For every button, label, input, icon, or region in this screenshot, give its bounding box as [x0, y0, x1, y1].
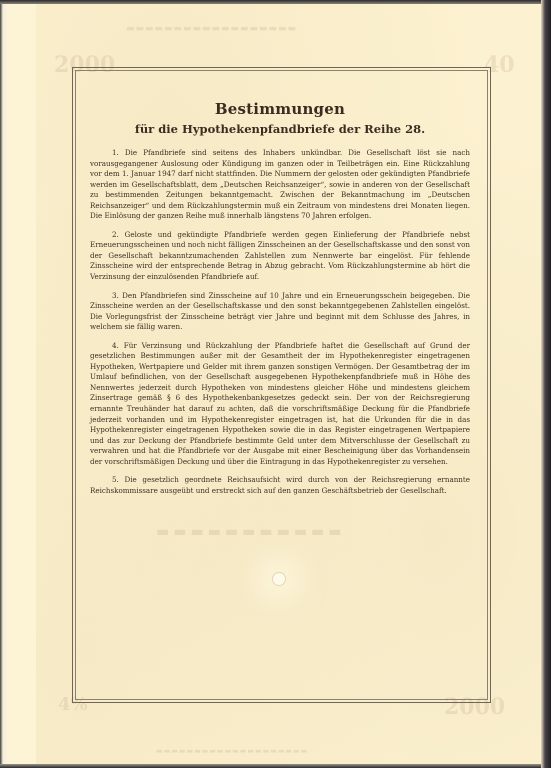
document-content: Bestimmungen für die Hypothekenpfandbrie…: [90, 100, 470, 504]
scan-bottom-edge: [0, 764, 551, 768]
paragraph-2: 2. Geloste und gekündigte Pfandbriefe we…: [90, 230, 470, 283]
page-left-margin: [6, 4, 36, 764]
punch-hole: [273, 573, 285, 585]
document-subtitle: für die Hypothekenpfandbriefe der Reihe …: [90, 122, 470, 136]
document-title: Bestimmungen: [90, 100, 470, 118]
scan-left-edge: [0, 0, 8, 768]
scan-background: 2000 40 2000 4% ▬▬▬▬▬▬▬▬▬▬▬▬▬▬▬▬▬▬ ▬▬▬▬▬…: [0, 0, 551, 768]
paragraph-3: 3. Den Pfandbriefen sind Zinsscheine auf…: [90, 291, 470, 333]
scan-right-edge: [541, 0, 551, 768]
show-through-line-top: ▬▬▬▬▬▬▬▬▬▬▬▬▬▬▬▬▬▬: [126, 24, 297, 34]
paragraph-5: 5. Die gesetzlich geordnete Reichsaufsic…: [90, 475, 470, 496]
paragraph-1: 1. Die Pfandbriefe sind seitens des Inha…: [90, 148, 470, 222]
show-through-line-bottom: ▬▬▬▬▬▬▬▬▬▬▬▬▬▬▬▬▬▬▬▬: [156, 746, 308, 755]
scan-top-edge: [0, 0, 551, 4]
paragraph-4: 4. Für Verzinsung und Rückzahlung der Pf…: [90, 341, 470, 468]
